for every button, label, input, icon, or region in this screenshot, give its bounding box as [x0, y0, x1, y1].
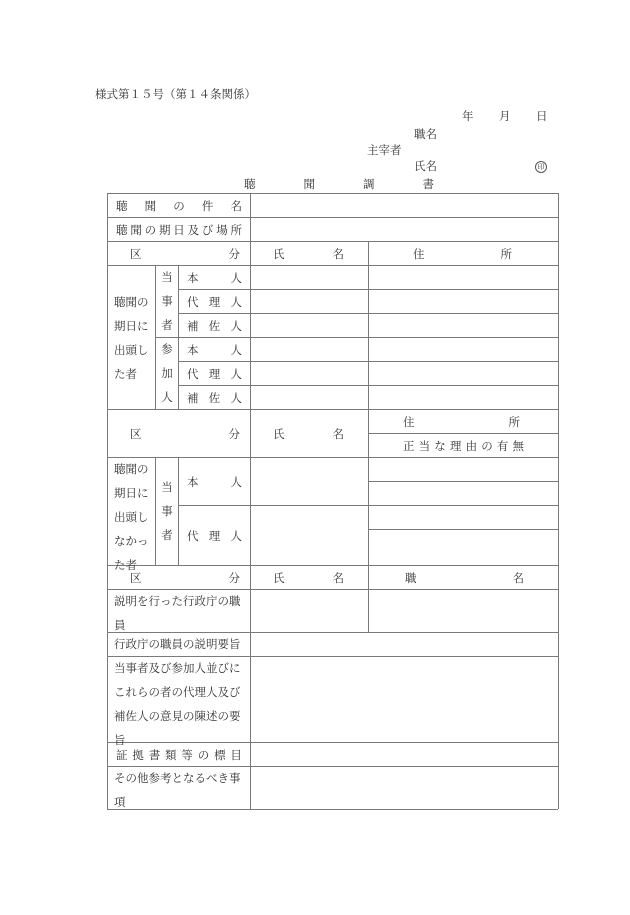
label-char: 理: [450, 438, 462, 454]
seal-icon: 印: [535, 161, 547, 173]
label-char: 名: [333, 246, 345, 262]
label-char: 人: [231, 528, 243, 544]
label-char: 理: [209, 294, 221, 310]
official-name-field[interactable]: [251, 590, 368, 632]
label-char: 理: [209, 366, 221, 382]
label-char: 聴: [116, 222, 128, 238]
attended-group-label: 聴聞の 期日に 出頭し た者: [114, 290, 149, 386]
label-char: 書: [149, 747, 161, 763]
role-principal: 本人: [179, 266, 250, 289]
label-char: 区: [130, 570, 142, 586]
label-char: 人: [231, 318, 243, 334]
label-char: 名: [333, 426, 345, 442]
label-char: 件: [202, 198, 214, 214]
label-char: 理: [209, 528, 221, 544]
label-char: 標: [214, 747, 226, 763]
label-char: 区: [130, 246, 142, 262]
evidence-label: 証 拠 書 類 等 の 標 目: [108, 743, 250, 766]
label-char: の: [198, 747, 210, 763]
date-place-field[interactable]: [251, 218, 558, 241]
label-char: 参: [161, 337, 173, 361]
date-day-label: 日: [536, 108, 548, 124]
label-char: の: [145, 222, 157, 238]
label-char: 事: [161, 499, 173, 523]
label-char: 者: [161, 523, 173, 547]
label-char: の: [481, 438, 493, 454]
role-agent: 代理人: [179, 290, 250, 313]
party-label: 当 事 者: [156, 265, 178, 337]
title-char: 書: [423, 176, 435, 192]
label-char: な: [434, 438, 446, 454]
s1-header-kubun: 区 分: [108, 242, 250, 265]
table-border-left: [107, 193, 108, 809]
label-char: 人: [231, 270, 243, 286]
row-divider: [368, 529, 558, 530]
label-char: 佐: [209, 390, 221, 406]
label-char: 住: [413, 246, 425, 262]
label-char: 加: [161, 361, 173, 385]
presider-label: 主宰者: [367, 142, 402, 158]
label-char: 当: [161, 265, 173, 289]
label-char: 代: [187, 366, 199, 382]
other-label: その他参考となるべき事 項: [114, 766, 241, 814]
explanation-field[interactable]: [251, 633, 558, 656]
label-char: 日: [173, 222, 185, 238]
s2-header-name: 氏 名: [251, 410, 368, 457]
label-char: 人: [231, 366, 243, 382]
role-assistant: 補佐人: [179, 314, 250, 337]
label-char: 名: [231, 198, 243, 214]
label-char: 氏: [273, 426, 285, 442]
s3-header-name: 氏 名: [251, 566, 368, 589]
label-char: 及: [188, 222, 200, 238]
label-char: 分: [229, 426, 241, 442]
label-char: 場: [216, 222, 228, 238]
label-char: 所: [231, 222, 243, 238]
label-char: 氏: [273, 246, 285, 262]
table-border-right: [558, 193, 559, 809]
position-label: 職名: [414, 126, 437, 142]
label-char: 目: [230, 747, 242, 763]
absent-group-label: 聴聞の 期日に 出頭し なかっ た者: [114, 457, 149, 577]
opinion-label: 当事者及び参加人並びに これらの者の代理人及び 補佐人の意見の陳述の要 旨: [114, 656, 241, 752]
s2-header-reason: 正 当 な 理 由 の 有 無: [369, 434, 558, 457]
label-char: 分: [229, 246, 241, 262]
seal-mark: 印: [535, 158, 547, 173]
label-char: 事: [161, 289, 173, 313]
label-char: 職: [405, 570, 417, 586]
s3-header-position: 職 名: [369, 566, 558, 589]
s1-header-name: 氏 名: [251, 242, 368, 265]
evidence-field[interactable]: [251, 743, 558, 766]
row-divider: [368, 481, 558, 482]
label-char: 補: [187, 318, 199, 334]
s2-header-address: 住 所: [369, 410, 558, 433]
role-participant-principal: 本人: [179, 338, 250, 361]
label-char: 氏: [273, 570, 285, 586]
title-char: 聴: [244, 176, 256, 192]
s1-header-address: 住 所: [369, 242, 558, 265]
label-char: の: [173, 198, 185, 214]
opinion-field[interactable]: [251, 657, 558, 742]
label-char: 正: [403, 438, 415, 454]
form-number: 様式第１５号（第１４条関係）: [95, 86, 256, 102]
date-place-label: 聴 聞 の 期 日 及 び 場 所: [108, 218, 250, 241]
document-title: 聴 聞 調 書: [244, 176, 434, 192]
label-char: 無: [512, 438, 524, 454]
label-char: 所: [509, 414, 521, 430]
role-participant-agent: 代理人: [179, 362, 250, 385]
label-char: 期: [159, 222, 171, 238]
label-char: 証: [116, 747, 128, 763]
label-char: 本: [187, 270, 199, 286]
label-char: 本: [187, 474, 199, 490]
official-position-field[interactable]: [369, 590, 558, 632]
label-char: 聞: [130, 222, 142, 238]
label-char: 類: [165, 747, 177, 763]
case-name-label: 聴 聞 の 件 名: [108, 194, 250, 217]
s2-role-agent: 代理人: [179, 506, 250, 565]
label-char: 人: [161, 385, 173, 409]
label-char: 人: [231, 474, 243, 490]
name-label: 氏名: [414, 158, 437, 174]
label-char: 区: [130, 426, 142, 442]
official-label: 説明を行った行政庁の職 員: [114, 589, 241, 637]
label-char: 等: [181, 747, 193, 763]
label-char: 聞: [145, 198, 157, 214]
label-char: び: [202, 222, 214, 238]
label-char: 有: [497, 438, 509, 454]
label-char: 人: [231, 390, 243, 406]
date-month-label: 月: [499, 108, 511, 124]
label-char: 住: [403, 414, 415, 430]
label-char: 名: [333, 570, 345, 586]
label-char: 当: [419, 438, 431, 454]
label-char: 聴: [116, 198, 128, 214]
s2-party-label: 当 事 者: [156, 475, 178, 547]
s2-role-principal: 本人: [179, 458, 250, 505]
participant-label: 参 加 人: [156, 337, 178, 409]
date-year-label: 年: [462, 108, 474, 124]
label-char: 補: [187, 390, 199, 406]
role-participant-assistant: 補佐人: [179, 386, 250, 409]
s3-header-kubun: 区 分: [108, 566, 250, 589]
label-char: 名: [513, 570, 525, 586]
label-char: 分: [229, 570, 241, 586]
label-char: 人: [231, 342, 243, 358]
row-divider: [107, 457, 558, 458]
s2-header-kubun: 区 分: [108, 410, 250, 457]
label-char: 代: [187, 528, 199, 544]
label-char: 佐: [209, 318, 221, 334]
label-char: 者: [161, 313, 173, 337]
label-char: 代: [187, 294, 199, 310]
label-char: 由: [466, 438, 478, 454]
label-char: 本: [187, 342, 199, 358]
label-char: 当: [161, 475, 173, 499]
title-char: 調: [363, 176, 375, 192]
label-char: 所: [501, 246, 513, 262]
label-char: 拠: [132, 747, 144, 763]
explanation-label: 行政庁の職員の説明要旨: [114, 632, 241, 656]
title-char: 聞: [304, 176, 316, 192]
case-name-field[interactable]: [251, 194, 558, 217]
label-char: 人: [231, 294, 243, 310]
column-divider: [368, 241, 369, 409]
other-field[interactable]: [251, 767, 558, 809]
